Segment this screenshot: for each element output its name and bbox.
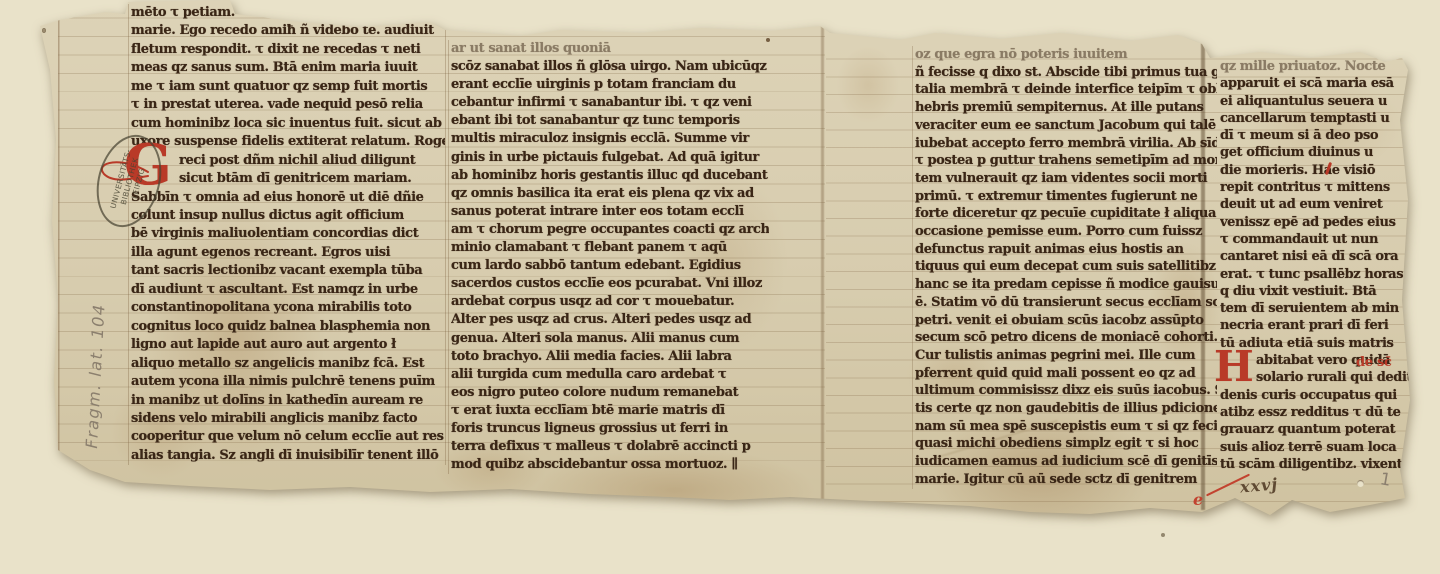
text-line: cooperitur que velum nō celum ecclīe aut… xyxy=(131,428,445,446)
photo-background: mēto τ petiam.marie. Ego recedo amiħ ñ v… xyxy=(0,0,1440,574)
text-line: τ postea p guttur trahens semetipīm ad m… xyxy=(915,152,1217,170)
text-line: Sabbīn τ omnia ad eius honorē ut diē dñi… xyxy=(131,189,445,207)
text-line: erat. τ tunc psallēbz horas xyxy=(1220,266,1420,283)
text-line: tant sacris lectionibz vacant exempla tū… xyxy=(131,262,445,280)
text-line: am τ chorum pegre occupantes coacti qz a… xyxy=(451,221,769,239)
text-line: oz que egra nō poteris iuuitem xyxy=(915,46,1217,64)
text-line: nam sū mea spē suscepistis eum τ si qz f… xyxy=(915,418,1217,436)
text-line: illa agunt egenos recreant. Egros uisi xyxy=(131,244,445,262)
text-line: sanus poterat intrare inter eos totam ec… xyxy=(451,203,769,221)
parchment: mēto τ petiam.marie. Ego recedo amiħ ñ v… xyxy=(30,0,1420,524)
text-line: pferrent quid quid mali possent eo qz ad xyxy=(915,365,1217,383)
text-line: cancellarum temptasti u xyxy=(1220,110,1420,127)
text-line: sidens velo mirabili anglicis manibz fac… xyxy=(131,410,445,428)
text-column-3: oz que egra nō poteris iuuitemñ fecisse … xyxy=(912,46,1217,489)
sewing-hole xyxy=(42,76,46,81)
text-line: necria erant prari dī feri xyxy=(1220,317,1420,334)
text-line: alias tangia. Sz angli dī inuisibilīr te… xyxy=(131,447,445,465)
text-line: multis miraculoz insignis ecclā. Summe v… xyxy=(451,130,769,148)
text-line: defunctus rapuit animas eius hostis an xyxy=(915,241,1217,259)
red-letter-mark: e xyxy=(1193,490,1203,509)
sewing-hole xyxy=(42,28,46,33)
text-line: in manibz ut dolīns in kathedīn auream r… xyxy=(131,392,445,410)
text-line: mēto τ petiam. xyxy=(131,4,445,22)
text-line: cantaret nisi eā dī scā ora xyxy=(1220,248,1420,265)
text-line: ē. Statim vō dū transierunt secus ecclīa… xyxy=(915,294,1217,312)
sewing-hole xyxy=(42,124,46,129)
text-line: Alter pes usqz ad crus. Alteri pedes usq… xyxy=(451,311,769,329)
text-line: reci post dñm nichil aliud diligunt xyxy=(131,152,445,170)
text-line: suis alioz terrē suam loca xyxy=(1220,439,1420,456)
text-line: aliquo metallo sz angelicis manibz fcā. … xyxy=(131,355,445,373)
text-line: foris truncus ligneus grossius ut ferri … xyxy=(451,420,769,438)
text-line: minio clamabant τ flebant panem τ aqū xyxy=(451,239,769,257)
text-line: marie. Ego recedo amiħ ñ videbo te. audi… xyxy=(131,22,445,40)
text-line: fletum respondit. τ dixit ne recedas τ n… xyxy=(131,41,445,59)
text-line: die morieris. Hae visiō xyxy=(1220,162,1420,179)
text-line: tem vulnerauit qz iam videntes socii mor… xyxy=(915,170,1217,188)
text-line: qz omnis basilica ita erat eis plena qz … xyxy=(451,185,769,203)
text-line: venissz epē ad pedes eius xyxy=(1220,214,1420,231)
red-rubric-text: de sc̄ xyxy=(1356,355,1392,370)
sewing-hole xyxy=(42,100,46,105)
text-line: terra defixus τ malleus τ dolabrē accinc… xyxy=(451,438,769,456)
text-line: bē virginis maliuolentiam concordias dic… xyxy=(131,225,445,243)
text-line: ligno aut lapide aut auro aut argento ł xyxy=(131,336,445,354)
text-line: sacerdos custos ecclīe eos pcurabat. Vni… xyxy=(451,275,769,293)
text-line: qz mille priuatoz. Nocte xyxy=(1220,58,1420,75)
text-line: scōz sanabat illos ñ glōsa uirgo. Nam ub… xyxy=(451,58,769,76)
sewing-guard-crease xyxy=(58,18,60,473)
text-line: meas qz sanus sum. Btā enim maria iuuit xyxy=(131,59,445,77)
text-line: ultimum commisissz dixz eis suūs iacobus… xyxy=(915,382,1217,400)
text-line: genua. Alteri sola manus. Alii manus cum xyxy=(451,330,769,348)
text-line: τ in prestat uterea. vade nequid pesō re… xyxy=(131,96,445,114)
text-line: atibz essz redditus τ dū te xyxy=(1220,404,1420,421)
sewing-hole xyxy=(42,220,46,225)
text-line: ginis in urbe pictauis fulgebat. Ad quā … xyxy=(451,149,769,167)
text-line: talia membrā τ deinde interfice teipīm τ… xyxy=(915,81,1217,99)
sewing-hole xyxy=(42,316,46,321)
text-line: hanc se ita predam cepisse ñ modice gaui… xyxy=(915,276,1217,294)
text-line: autem ycona illa nimis pulchrē tenens pu… xyxy=(131,373,445,391)
text-line: dī τ meum si ā deo pso xyxy=(1220,127,1420,144)
text-line: dī audiunt τ ascultant. Est namqz in urb… xyxy=(131,281,445,299)
ink-spot xyxy=(1004,10,1013,18)
text-line: tiquus qui eum decepat cum suis satellit… xyxy=(915,258,1217,276)
text-line: tis certe qz non gaudebitis de illius pd… xyxy=(915,400,1217,418)
manuscript-fragment: mēto τ petiam.marie. Ego recedo amiħ ñ v… xyxy=(30,0,1420,524)
text-line: cebantur infirmi τ sanabantur ibi. τ qz … xyxy=(451,94,769,112)
text-line: cum lardo sabbō tantum edebant. Egidius xyxy=(451,257,769,275)
parchment-hole xyxy=(1357,480,1364,487)
text-line: cognitus loco quidz balnea blasphemia no… xyxy=(131,318,445,336)
text-line: primū. τ extremur timentes fugierunt ne xyxy=(915,188,1217,206)
sewing-hole xyxy=(42,196,46,201)
text-column-2: ar ut sanat illos quoniāscōz sanabat ill… xyxy=(448,40,769,474)
text-line: deuit ut ad eum veniret xyxy=(1220,196,1420,213)
ink-spot xyxy=(1176,8,1181,13)
text-line: q diu vixit vestiuit. Btā xyxy=(1220,283,1420,300)
text-line: sicut btām dī genitricem mariam. xyxy=(131,170,445,188)
text-line: toto brachyo. Alii media facies. Alii la… xyxy=(451,348,769,366)
center-fold-crease xyxy=(821,24,824,504)
text-line: secum scō petro dicens de moniacē cohort… xyxy=(915,329,1217,347)
text-column-4: qz mille priuatoz. Nocteapparuit ei scā … xyxy=(1220,58,1420,473)
text-line: τ erat iuxta ecclīam btē marie matris dī xyxy=(451,402,769,420)
sewing-hole xyxy=(42,172,46,177)
text-line: me τ iam sunt quatuor qz semp fuit morti… xyxy=(131,78,445,96)
text-line: tem dī seruientem ab min xyxy=(1220,300,1420,317)
text-line: quasi michi obediens simplz egit τ si ho… xyxy=(915,435,1217,453)
text-line: alii turgida cum medulla caro ardebat τ xyxy=(451,366,769,384)
background-speck xyxy=(1161,533,1165,537)
text-line: Cur tulistis animas pegrini mei. Ille cu… xyxy=(915,347,1217,365)
text-line: repit contritus τ mittens xyxy=(1220,179,1420,196)
text-line: τ commandauit ut nun xyxy=(1220,231,1420,248)
text-line: iudicamen eamus ad iudicium scē dī genit… xyxy=(915,453,1217,471)
pencil-shelfmark: Fragm. lat. 104 xyxy=(82,303,109,449)
pencil-number: 1 xyxy=(1378,469,1392,491)
sewing-hole xyxy=(42,292,46,297)
text-line: ñ fecisse q dixo st. Abscide tibi primus… xyxy=(915,64,1217,82)
text-line: mod quibz abscidebantur ossa mortuoz. ∥ xyxy=(451,456,769,474)
rubricated-initial-h: H xyxy=(1214,348,1254,386)
text-line: ebant ibi tot sanabantur qz tunc tempori… xyxy=(451,112,769,130)
text-line: cum hominibz loca sic inuentus fuit. sic… xyxy=(131,115,445,133)
text-line: iubebat accepto ferro membrā virilia. Ab… xyxy=(915,135,1217,153)
text-line: get officium diuinus u xyxy=(1220,144,1420,161)
sewing-hole xyxy=(42,148,46,153)
text-line: ar ut sanat illos quoniā xyxy=(451,40,769,58)
text-line: eos nigro puteo colore nudum remanebat xyxy=(451,384,769,402)
text-line: marie. Igitur cū aū sede sctz dī genitre… xyxy=(915,471,1217,489)
sewing-hole xyxy=(42,244,46,249)
text-line: petri. venit ei obuiam scūs iacobz assūp… xyxy=(915,312,1217,330)
text-line: erant ecclīe uirginis p totam franciam d… xyxy=(451,76,769,94)
text-column-1: mēto τ petiam.marie. Ego recedo amiħ ñ v… xyxy=(128,4,446,465)
text-line: forte diceretur qz pecuīe cupiditate ł a… xyxy=(915,205,1217,223)
text-line: constantinopolitana ycona mirabilis toto xyxy=(131,299,445,317)
text-line: colunt insup nullus dictus agit officium xyxy=(131,207,445,225)
sewing-hole xyxy=(42,268,46,273)
text-line: veraciter eum ee sanctum Jacobum qui tal… xyxy=(915,117,1217,135)
text-line: grauarz quantum poterat xyxy=(1220,421,1420,438)
text-line: hebris premiū sempiternus. At ille putan… xyxy=(915,99,1217,117)
text-line: uxore suspense fidelis extiterat relatum… xyxy=(131,133,445,151)
text-line: ardebat corpus usqz ad cor τ mouebatur. xyxy=(451,293,769,311)
text-line: occasione pemisse eum. Porro cum fuissz xyxy=(915,223,1217,241)
text-line: ei aliquantulus seuera u xyxy=(1220,93,1420,110)
text-line: apparuit ei scā maria esā xyxy=(1220,75,1420,92)
text-line: ab hominibz horis gestantis illuc qd duc… xyxy=(451,167,769,185)
sewing-hole xyxy=(42,52,46,57)
